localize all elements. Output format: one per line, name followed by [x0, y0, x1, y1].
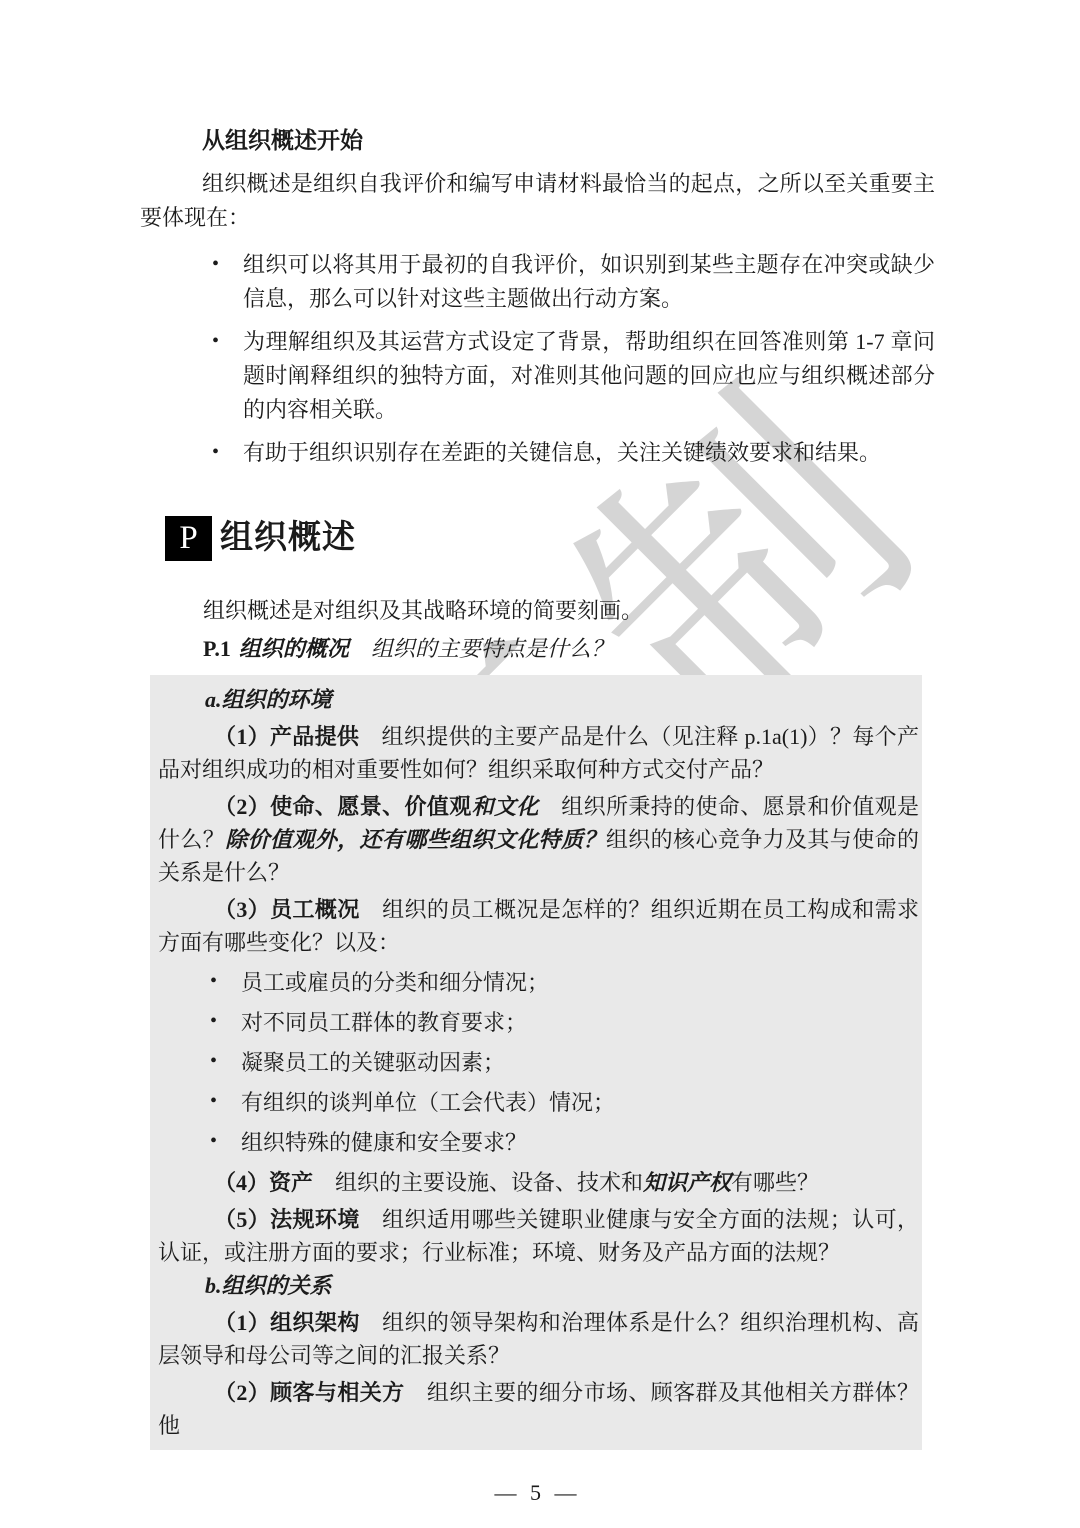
item-text: 组织的主要设施、设备、技术和	[313, 1170, 643, 1195]
part-b-heading: b.组织的关系	[158, 1269, 919, 1302]
part-a-items: （1）产品提供 组织提供的主要产品是什么（见注释 p.1a(1)）？每个产品对组…	[158, 720, 919, 959]
bullet-item: •对不同员工群体的教育要求；	[241, 1006, 919, 1039]
bullet-icon: •	[210, 1085, 217, 1118]
section-header: P 组织概述	[165, 512, 935, 564]
criteria-item: （1）产品提供 组织提供的主要产品是什么（见注释 p.1a(1)）？每个产品对组…	[158, 720, 919, 786]
item-label: （3）员工概况	[214, 897, 360, 922]
bullet-text: 员工或雇员的分类和细分情况；	[241, 970, 549, 995]
page-number: — 5 —	[140, 1476, 935, 1510]
part-a-items-2: （4）资产 组织的主要设施、设备、技术和知识产权有哪些？（5）法规环境 组织适用…	[158, 1166, 919, 1269]
bullet-icon: •	[212, 324, 219, 358]
bullet-item: •员工或雇员的分类和细分情况；	[241, 966, 919, 999]
criteria-item: （4）资产 组织的主要设施、设备、技术和知识产权有哪些？	[158, 1166, 919, 1199]
p1-question: 组织的主要特点是什么？	[371, 636, 613, 661]
bullet-icon: •	[210, 1045, 217, 1078]
bullet-text: 为理解组织及其运营方式设定了背景，帮助组织在回答准则第 1-7 章问题时阐释组织…	[243, 329, 935, 422]
item-label: （2）顾客与相关方	[214, 1380, 404, 1405]
section-lead: 组织概述是对组织及其战略环境的简要刻画。	[140, 594, 935, 628]
criteria-item: （2）使命、愿景、价值观和文化 组织所秉持的使命、愿景和价值观是什么？除价值观外…	[158, 790, 919, 889]
item-label: （1）产品提供	[214, 724, 359, 749]
bullet-item: •有助于组织识别存在差距的关键信息，关注关键绩效要求和结果。	[243, 436, 935, 470]
bullet-icon: •	[210, 1125, 217, 1158]
p1-code: P.1	[203, 636, 231, 661]
item-label: （4）资产	[214, 1170, 313, 1195]
section-letter: P	[179, 521, 197, 555]
bullet-text: 对不同员工群体的教育要求；	[241, 1010, 527, 1035]
part-b-items: （1）组织架构 组织的领导架构和治理体系是什么？组织治理机构、高层领导和母公司等…	[158, 1306, 919, 1442]
bullet-item: •组织可以将其用于最初的自我评价，如识别到某些主题存在冲突或缺少信息，那么可以针…	[243, 248, 935, 316]
p1-title: 组织的概况	[239, 636, 349, 661]
bullet-icon: •	[212, 247, 219, 281]
item-label: （5）法规环境	[214, 1207, 360, 1232]
criteria-item: （1）组织架构 组织的领导架构和治理体系是什么？组织治理机构、高层领导和母公司等…	[158, 1306, 919, 1372]
profile-box: a.组织的环境 （1）产品提供 组织提供的主要产品是什么（见注释 p.1a(1)…	[150, 675, 922, 1450]
intro-bullet-list: •组织可以将其用于最初的自我评价，如识别到某些主题存在冲突或缺少信息，那么可以针…	[140, 248, 935, 470]
bullet-icon: •	[212, 435, 219, 469]
bullet-item: •组织特殊的健康和安全要求？	[241, 1126, 919, 1159]
p1-heading: P.1组织的概况组织的主要特点是什么？	[140, 632, 935, 666]
bullet-text: 有助于组织识别存在差距的关键信息，关注关键绩效要求和结果。	[243, 440, 881, 465]
bullet-icon: •	[210, 965, 217, 998]
bullet-item: •凝聚员工的关键驱动因素；	[241, 1046, 919, 1079]
bullet-text: 凝聚员工的关键驱动因素；	[241, 1050, 505, 1075]
bullet-item: •为理解组织及其运营方式设定了背景，帮助组织在回答准则第 1-7 章问题时阐释组…	[243, 325, 935, 427]
criteria-item: （5）法规环境 组织适用哪些关键职业健康与安全方面的法规；认可，认证，或注册方面…	[158, 1203, 919, 1269]
revision-text: 和文化	[472, 794, 539, 819]
bullet-text: 组织可以将其用于最初的自我评价，如识别到某些主题存在冲突或缺少信息，那么可以针对…	[243, 252, 935, 311]
intro-paragraph: 组织概述是组织自我评价和编写申请材料最恰当的起点，之所以至关重要主要体现在：	[140, 167, 935, 235]
bullet-item: •有组织的谈判单位（工会代表）情况；	[241, 1086, 919, 1119]
intro-heading: 从组织概述开始	[140, 0, 935, 158]
section-letter-box: P	[165, 516, 212, 561]
page-content: 从组织概述开始 组织概述是组织自我评价和编写申请材料最恰当的起点，之所以至关重要…	[140, 0, 935, 1510]
item-label: （1）组织架构	[214, 1310, 360, 1335]
criteria-item: （3）员工概况 组织的员工概况是怎样的？组织近期在员工构成和需求方面有哪些变化？…	[158, 893, 919, 959]
revision-text: 除价值观外，还有哪些组织文化特质？	[225, 827, 606, 852]
section-title: 组织概述	[220, 516, 356, 561]
part-a-heading: a.组织的环境	[158, 683, 919, 716]
item-label: （2）使命、愿景、价值观	[214, 794, 472, 819]
bullet-text: 组织特殊的健康和安全要求？	[241, 1130, 527, 1155]
item-text: 有哪些？	[731, 1170, 819, 1195]
bullet-text: 有组织的谈判单位（工会代表）情况；	[241, 1090, 615, 1115]
bullet-icon: •	[210, 1005, 217, 1038]
criteria-item: （2）顾客与相关方 组织主要的细分市场、顾客群及其他相关方群体？他	[158, 1376, 919, 1442]
revision-text: 知识产权	[643, 1170, 731, 1195]
staff-bullet-list: •员工或雇员的分类和细分情况；•对不同员工群体的教育要求；•凝聚员工的关键驱动因…	[158, 966, 919, 1159]
